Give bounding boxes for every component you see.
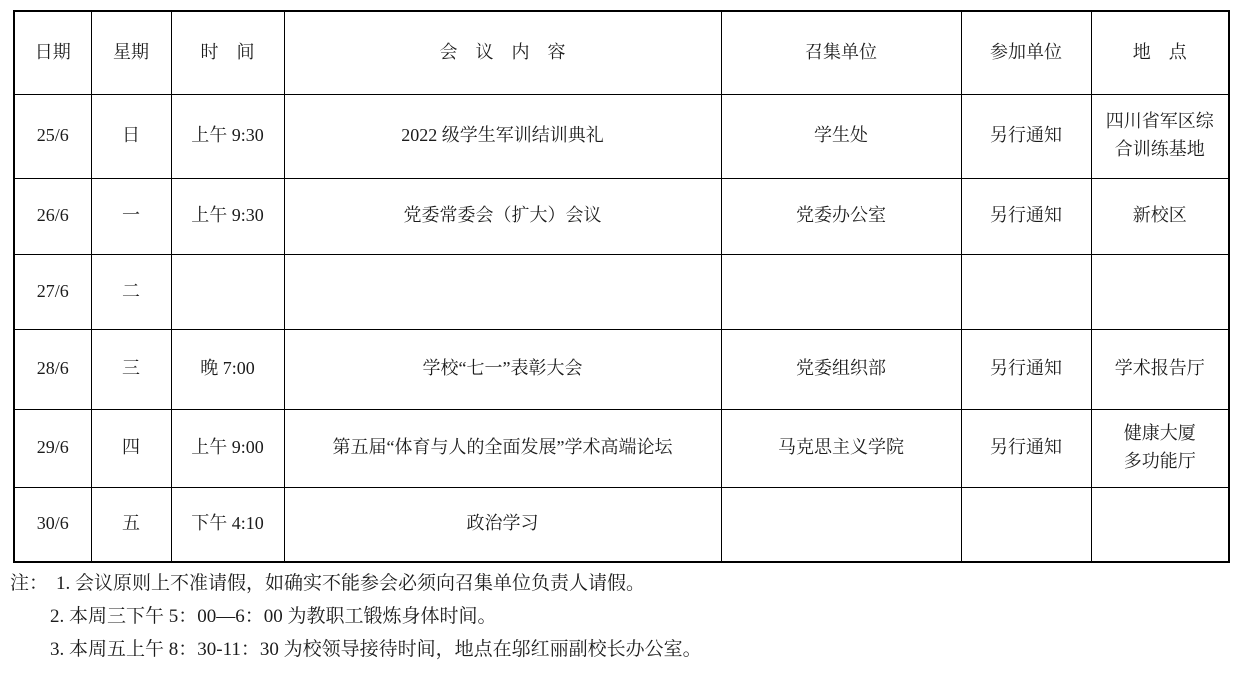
cell-location: 新校区 — [1091, 178, 1229, 254]
meeting-schedule-page: 日期 星期 时 间 会 议 内 容 召集单位 参加单位 地 点 25/6 日 上… — [0, 0, 1242, 681]
cell-time: 下午 4:10 — [171, 487, 284, 562]
cell-participants — [961, 254, 1091, 329]
header-time: 时 间 — [171, 11, 284, 94]
cell-participants: 另行通知 — [961, 409, 1091, 487]
cell-weekday: 日 — [91, 94, 171, 178]
cell-convener — [721, 254, 961, 329]
cell-date: 27/6 — [14, 254, 91, 329]
note-line-1: 注：1. 会议原则上不准请假，如确实不能参会必须向召集单位负责人请假。 — [10, 567, 702, 600]
cell-participants — [961, 487, 1091, 562]
cell-convener: 党委组织部 — [721, 329, 961, 409]
note-line-3: 3. 本周五上午 8：30-11：30 为校领导接待时间，地点在邬红丽副校长办公… — [10, 633, 702, 666]
table-row: 28/6 三 晚 7:00 学校“七一”表彰大会 党委组织部 另行通知 学术报告… — [14, 329, 1229, 409]
cell-content: 党委常委会（扩大）会议 — [284, 178, 721, 254]
cell-date: 28/6 — [14, 329, 91, 409]
header-convener: 召集单位 — [721, 11, 961, 94]
cell-time — [171, 254, 284, 329]
cell-participants: 另行通知 — [961, 178, 1091, 254]
cell-location: 健康大厦 多功能厅 — [1091, 409, 1229, 487]
cell-content: 政治学习 — [284, 487, 721, 562]
header-location: 地 点 — [1091, 11, 1229, 94]
cell-convener: 学生处 — [721, 94, 961, 178]
header-weekday: 星期 — [91, 11, 171, 94]
note-item-2: 2. 本周三下午 5：00—6：00 为教职工锻炼身体时间。 — [50, 606, 497, 627]
cell-time: 上午 9:30 — [171, 178, 284, 254]
meeting-schedule-table: 日期 星期 时 间 会 议 内 容 召集单位 参加单位 地 点 25/6 日 上… — [13, 10, 1230, 563]
header-content: 会 议 内 容 — [284, 11, 721, 94]
cell-date: 30/6 — [14, 487, 91, 562]
notes-section: 注：1. 会议原则上不准请假，如确实不能参会必须向召集单位负责人请假。 2. 本… — [10, 567, 702, 666]
table-row: 26/6 一 上午 9:30 党委常委会（扩大）会议 党委办公室 另行通知 新校… — [14, 178, 1229, 254]
cell-participants: 另行通知 — [961, 329, 1091, 409]
cell-weekday: 四 — [91, 409, 171, 487]
cell-time: 上午 9:30 — [171, 94, 284, 178]
cell-content — [284, 254, 721, 329]
note-label: 注： — [10, 573, 48, 594]
table-row: 29/6 四 上午 9:00 第五届“体育与人的全面发展”学术高端论坛 马克思主… — [14, 409, 1229, 487]
cell-time: 上午 9:00 — [171, 409, 284, 487]
cell-date: 26/6 — [14, 178, 91, 254]
header-date: 日期 — [14, 11, 91, 94]
note-item-1: 1. 会议原则上不准请假，如确实不能参会必须向召集单位负责人请假。 — [56, 573, 645, 594]
cell-location — [1091, 254, 1229, 329]
cell-location: 学术报告厅 — [1091, 329, 1229, 409]
cell-weekday: 二 — [91, 254, 171, 329]
table-row: 27/6 二 — [14, 254, 1229, 329]
cell-location: 四川省军区综 合训练基地 — [1091, 94, 1229, 178]
cell-content: 第五届“体育与人的全面发展”学术高端论坛 — [284, 409, 721, 487]
cell-content: 2022 级学生军训结训典礼 — [284, 94, 721, 178]
cell-content: 学校“七一”表彰大会 — [284, 329, 721, 409]
cell-date: 29/6 — [14, 409, 91, 487]
cell-participants: 另行通知 — [961, 94, 1091, 178]
cell-convener: 马克思主义学院 — [721, 409, 961, 487]
table-row: 30/6 五 下午 4:10 政治学习 — [14, 487, 1229, 562]
header-participants: 参加单位 — [961, 11, 1091, 94]
table-header-row: 日期 星期 时 间 会 议 内 容 召集单位 参加单位 地 点 — [14, 11, 1229, 94]
cell-location — [1091, 487, 1229, 562]
note-item-3: 3. 本周五上午 8：30-11：30 为校领导接待时间，地点在邬红丽副校长办公… — [50, 639, 702, 660]
cell-convener — [721, 487, 961, 562]
cell-date: 25/6 — [14, 94, 91, 178]
note-line-2: 2. 本周三下午 5：00—6：00 为教职工锻炼身体时间。 — [10, 600, 702, 633]
cell-weekday: 一 — [91, 178, 171, 254]
cell-weekday: 三 — [91, 329, 171, 409]
table-row: 25/6 日 上午 9:30 2022 级学生军训结训典礼 学生处 另行通知 四… — [14, 94, 1229, 178]
cell-convener: 党委办公室 — [721, 178, 961, 254]
cell-weekday: 五 — [91, 487, 171, 562]
cell-time: 晚 7:00 — [171, 329, 284, 409]
